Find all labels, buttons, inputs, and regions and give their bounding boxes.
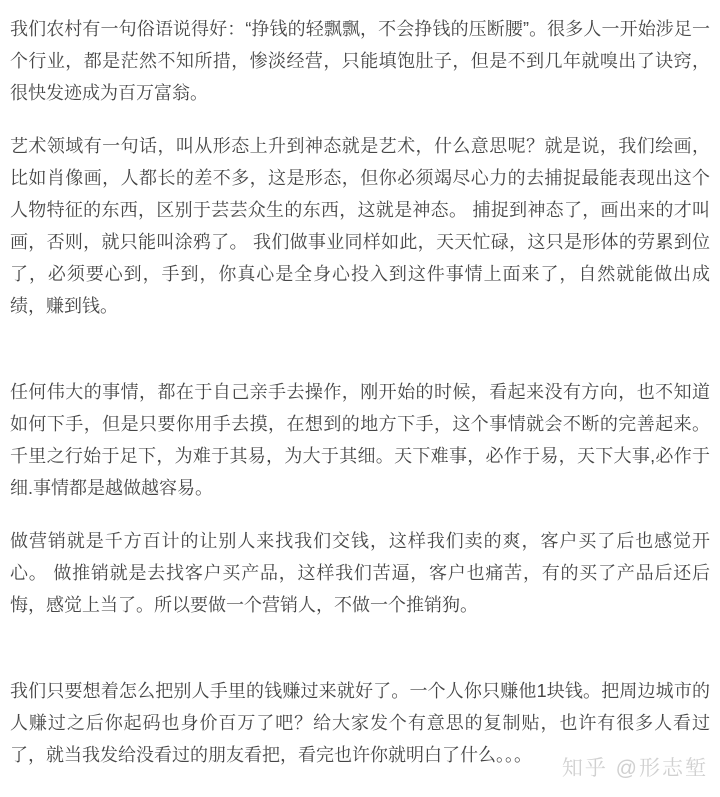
article-page: 我们农村有一句俗语说得好：“挣钱的轻飘飘，不会挣钱的压断腰”。很多人一开始涉足一… (0, 0, 720, 797)
paragraph-4: 做营销就是千方百计的让别人来找我们交钱，这样我们卖的爽，客户买了后也感觉开心。 … (10, 525, 710, 621)
paragraph-2: 艺术领域有一句话，叫从形态上升到神态就是艺术，什么意思呢？就是说，我们绘画，比如… (10, 130, 710, 322)
paragraph-3: 任何伟大的事情，都在于自己亲手去操作，刚开始的时候，看起来没有方向，也不知道如何… (10, 376, 710, 504)
paragraph-1: 我们农村有一句俗语说得好：“挣钱的轻飘飘，不会挣钱的压断腰”。很多人一开始涉足一… (10, 13, 710, 109)
zhihu-watermark: 知乎 @形志堑 (562, 752, 708, 782)
